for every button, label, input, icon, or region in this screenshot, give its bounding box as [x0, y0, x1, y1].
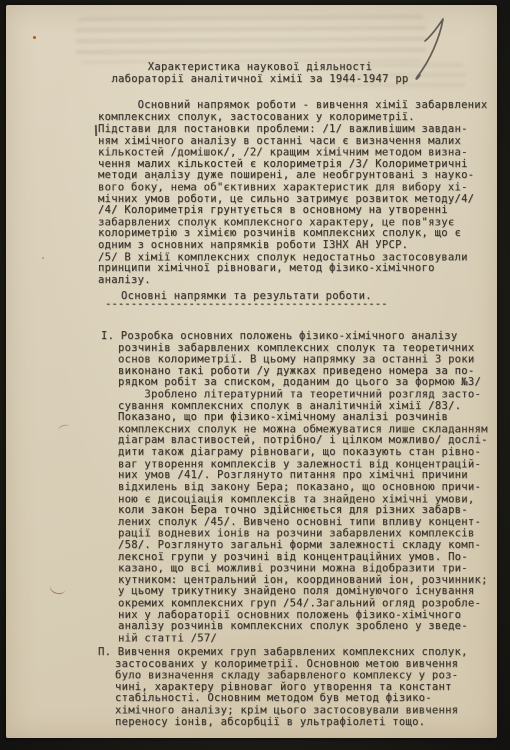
margin-tick-mark: [95, 125, 97, 136]
typed-line: Зроблено літературний та теоретичний роз…: [101, 389, 488, 401]
paper-speck: [42, 257, 44, 259]
typed-line: комплексних сполук не можна обмежуватися…: [101, 424, 488, 436]
paper-fiber-mark: [49, 579, 68, 595]
typed-line: І. Розробка основних положень фізико-хім…: [101, 331, 488, 343]
typed-line: ній статті /57/: [101, 633, 488, 645]
typed-line: Характеристика наукової діяльності: [64, 62, 456, 74]
typed-line: коли закон Бера точно здійснюється для р…: [101, 505, 488, 517]
typed-line: переносу іонів, абсорбції в ультрафіолет…: [98, 717, 468, 729]
scanned-paper-page: Характеристика наукової діяльностілабора…: [6, 5, 497, 738]
paper-speck: [33, 36, 36, 39]
typed-line: чення малих кількостей є колориметрія /3…: [98, 159, 474, 171]
problem-basis-paragraph: Підстави для постановки проблеми: /1/ ва…: [98, 124, 474, 287]
typed-line: /4/ Колориметрія грунтується в основному…: [98, 205, 474, 217]
typed-line: ням хімічного аналізу в останні часи є в…: [98, 136, 474, 148]
typed-line: аналізу.: [98, 275, 474, 287]
typed-line: лабораторії аналітичної хімії за 1944-19…: [64, 74, 456, 86]
typed-line: аналізу розчинів комплексних сполук зроб…: [101, 621, 488, 633]
typed-line: лених сполук /45/. Вивчено основні типи …: [101, 517, 488, 529]
typed-line: чині, характеру рівноваг його утворення …: [98, 682, 468, 694]
typed-line: Підстави для постановки проблеми: /1/ ва…: [98, 124, 474, 136]
document-title: Характеристика наукової діяльностілабора…: [64, 62, 456, 85]
typed-line: Показано, що при фізико-хімічному аналіз…: [101, 412, 488, 424]
typed-line: /5/ В хімії комплексних сполук недостатн…: [98, 252, 474, 264]
typed-line: розчинів забарвлених комплексних сполук …: [101, 343, 488, 355]
typed-line: рядком робіт за списком, доданим до цьог…: [101, 377, 488, 389]
typed-line: казано, що всі можливі розчини можна від…: [101, 564, 488, 576]
typed-line: хімічного аналізу; крім цього застосовув…: [98, 705, 468, 717]
typed-line: принципи хімічної рівноваги, метод фізик…: [98, 263, 474, 275]
typed-line: лексної групи у розчині від концентрацій…: [101, 552, 488, 564]
paper-fiber-mark: [57, 423, 71, 433]
typed-line: стабільності. Основним методом був метод…: [98, 693, 468, 705]
typed-line: застосованих у колориметрії. Основною ме…: [98, 659, 468, 671]
section-one-paragraph: І. Розробка основних положень фізико-хім…: [101, 331, 488, 644]
typed-line: окремих комплексних груп /54/.Загальний …: [101, 598, 488, 610]
typed-line: Основний напрямок роботи - вивчення хімі…: [98, 100, 488, 112]
typed-line: /58/. Розглянуто загальні форми залежнос…: [101, 540, 488, 552]
typed-line: П. Вивчення окремих груп забарвлених ком…: [98, 647, 468, 659]
typed-line: методи аналізу дуже поширені, але необгр…: [98, 170, 474, 182]
typed-line: ваг утворення комплексів у залежності ві…: [101, 459, 488, 471]
typed-line: у цьому трикутнику знайдено поля доміную…: [101, 586, 488, 598]
bleed-through-ghost-text: [76, 15, 426, 63]
typed-line: дити також діаграму рівноваги, що показу…: [101, 447, 488, 459]
typed-line: рації водневих іонів на розчини забарвле…: [101, 529, 488, 541]
typed-line: виконано такі роботи /у дужках приведено…: [101, 366, 488, 378]
typed-line: вого боку, нема об"єктивних характеристи…: [98, 182, 474, 194]
intro-paragraph: Основний напрямок роботи - вивчення хімі…: [98, 100, 488, 123]
typed-line: комплексних сполук, застосованих у колор…: [98, 112, 488, 124]
typed-line: забарвлених сполук комплексного характер…: [98, 217, 474, 229]
results-heading-underline: ----------------------------------------…: [105, 299, 388, 311]
typed-line: одним з основних напрямків роботи ІЗНХ А…: [98, 240, 474, 252]
typed-line: відхилень від закону Бера; показано, що …: [101, 482, 488, 494]
section-two-paragraph: П. Вивчення окремих груп забарвлених ком…: [98, 647, 468, 728]
